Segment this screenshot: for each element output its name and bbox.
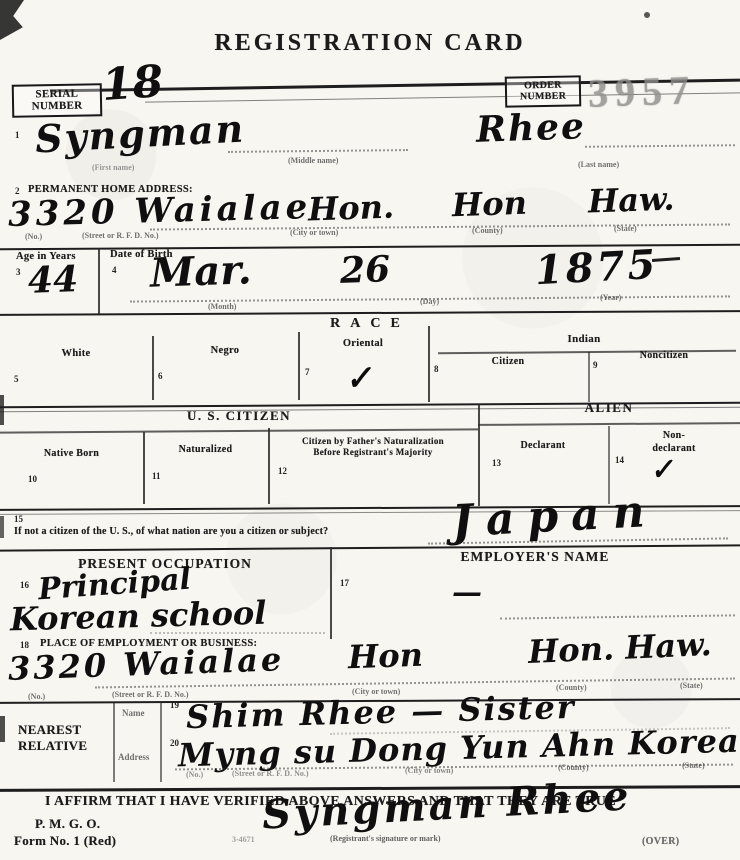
home-no-sublabel: (No.) — [25, 232, 42, 241]
last-name-value: Rhee — [475, 108, 586, 148]
race-header: RACE — [0, 316, 740, 332]
nondeclarant-checkmark-icon: ✓ — [649, 455, 675, 485]
field-number-6: 6 — [158, 371, 163, 381]
dob-month-sublabel: (Month) — [208, 302, 236, 311]
nation-question: If not a citizen of the U. S., of what n… — [14, 526, 328, 537]
registration-card-scan: REGISTRATION CARD SERIAL NUMBER 18 ORDER… — [0, 0, 740, 860]
order-number-label: ORDER NUMBER — [505, 75, 582, 107]
relative-state-sublabel: (State) — [682, 761, 705, 770]
over-label: (OVER) — [642, 836, 679, 847]
field-number-13: 13 — [492, 458, 501, 468]
year-stroke — [652, 257, 680, 261]
race-white-label: White — [0, 348, 152, 359]
form-number-label: Form No. 1 (Red) — [14, 833, 116, 849]
middle-name-sublabel: (Middle name) — [288, 156, 338, 165]
employment-street-sublabel: (Street or R. F. D. No.) — [112, 690, 189, 699]
last-name-sublabel: (Last name) — [578, 160, 619, 169]
field-number-15: 15 — [14, 514, 23, 524]
signature-sublabel: (Registrant's signature or mark) — [330, 834, 441, 843]
nation-answer: Japan — [451, 490, 659, 545]
dob-year-value: 1875 — [534, 245, 659, 291]
scan-artifact — [0, 516, 4, 538]
citizen-alien-divider — [478, 404, 480, 506]
home-street-sublabel: (Street or R. F. D. No.) — [82, 231, 159, 240]
field-number-7: 7 — [305, 367, 310, 377]
nearest-relative-label: NEAREST RELATIVE — [18, 722, 87, 753]
scan-artifact — [644, 12, 650, 18]
field-number-8: 8 — [434, 364, 439, 374]
name-fill-line — [228, 149, 408, 153]
relative-no-sublabel: (No.) — [186, 770, 203, 779]
native-born-label: Native Born — [0, 448, 143, 459]
field-number-16: 16 — [20, 580, 29, 590]
alien-header: ALIEN — [478, 400, 740, 416]
dob-year-sublabel: (Year) — [600, 293, 621, 302]
serial-number-value: 18 — [101, 60, 165, 108]
relative-divider-2 — [160, 702, 162, 782]
home-city-sublabel: (City or town) — [290, 228, 338, 237]
employment-street-value: 3320 Waialae — [8, 643, 285, 685]
home-state-sublabel: (State) — [614, 224, 637, 233]
employer-fill-line — [500, 614, 735, 619]
race-negro-label: Negro — [152, 345, 298, 356]
alien-header-underline — [478, 422, 740, 425]
field-number-4: 4 — [112, 265, 117, 275]
occupation-line2: Korean school — [10, 597, 267, 636]
relative-name-sublabel: Name — [122, 708, 145, 718]
employment-county-state-value: Hon. Haw. — [527, 628, 712, 668]
occupation-fill-line — [150, 632, 325, 634]
field-number-3: 3 — [16, 267, 21, 277]
naturalized-label: Naturalized — [143, 444, 268, 455]
employment-city-value: Hon — [347, 639, 423, 674]
registrant-signature: Syngman Rhee — [261, 776, 632, 835]
employer-value: — — [452, 578, 482, 608]
relative-street-sublabel: (Street or R. F. D. No.) — [232, 769, 309, 778]
home-street-value: 3320 Waialae — [8, 190, 312, 232]
relative-city-sublabel: (City or town) — [405, 766, 453, 775]
oriental-checkmark-icon: ✓ — [343, 361, 373, 396]
dob-month-value: Mar. — [149, 250, 252, 294]
scan-artifact — [0, 716, 5, 742]
dob-day-sublabel: (Day) — [420, 297, 439, 306]
race-indian-noncitizen-label: Noncitizen — [588, 350, 740, 361]
order-number-value: 3957 — [587, 66, 697, 117]
occupation-employer-divider — [330, 547, 332, 639]
field-number-14: 14 — [615, 455, 624, 465]
page-title: REGISTRATION CARD — [0, 30, 740, 57]
race-indian-label: Indian — [428, 333, 740, 345]
field-number-9: 9 — [593, 360, 598, 370]
field-number-12: 12 — [278, 466, 287, 476]
field-number-10: 10 — [28, 474, 37, 484]
home-county-sublabel: (County) — [472, 226, 503, 235]
father-naturalization-label: Citizen by Father's Naturalization Befor… — [268, 436, 478, 459]
print-code: 3-4671 — [232, 835, 255, 844]
relative-county-sublabel: (County) — [558, 763, 589, 772]
home-county-value: Hon — [451, 187, 527, 222]
declarant-label: Declarant — [478, 440, 608, 451]
home-state-value: Haw. — [587, 183, 675, 218]
nondeclarant-label: Non- declarant — [608, 430, 740, 455]
field-number-1: 1 — [15, 130, 20, 140]
us-citizen-header: U. S. CITIZEN — [0, 408, 478, 424]
age-value: 44 — [27, 261, 78, 299]
age-dob-divider — [98, 248, 100, 314]
relative-address-sublabel: Address — [118, 752, 149, 762]
first-name-value: Syngman — [34, 110, 246, 159]
dob-day-value: 26 — [339, 251, 390, 289]
employers-name-header: EMPLOYER'S NAME — [330, 549, 740, 565]
race-oriental-label: Oriental — [298, 338, 428, 349]
pmgo-label: P. M. G. O. — [35, 816, 100, 832]
field-number-11: 11 — [152, 471, 161, 481]
employment-state-sublabel: (State) — [680, 681, 703, 690]
citizen-header-underline — [0, 428, 478, 433]
home-city-value: Hon. — [307, 191, 394, 226]
citizen-col-divider-1 — [143, 432, 145, 504]
race-indian-citizen-label: Citizen — [428, 356, 588, 367]
first-name-sublabel: (First name) — [92, 163, 134, 172]
field-number-5: 5 — [14, 374, 19, 384]
employment-no-sublabel: (No.) — [28, 692, 45, 701]
field-number-19: 19 — [170, 700, 179, 710]
relative-divider-1 — [113, 702, 115, 782]
field-number-17: 17 — [340, 578, 349, 588]
name-fill-line-2 — [585, 144, 735, 148]
